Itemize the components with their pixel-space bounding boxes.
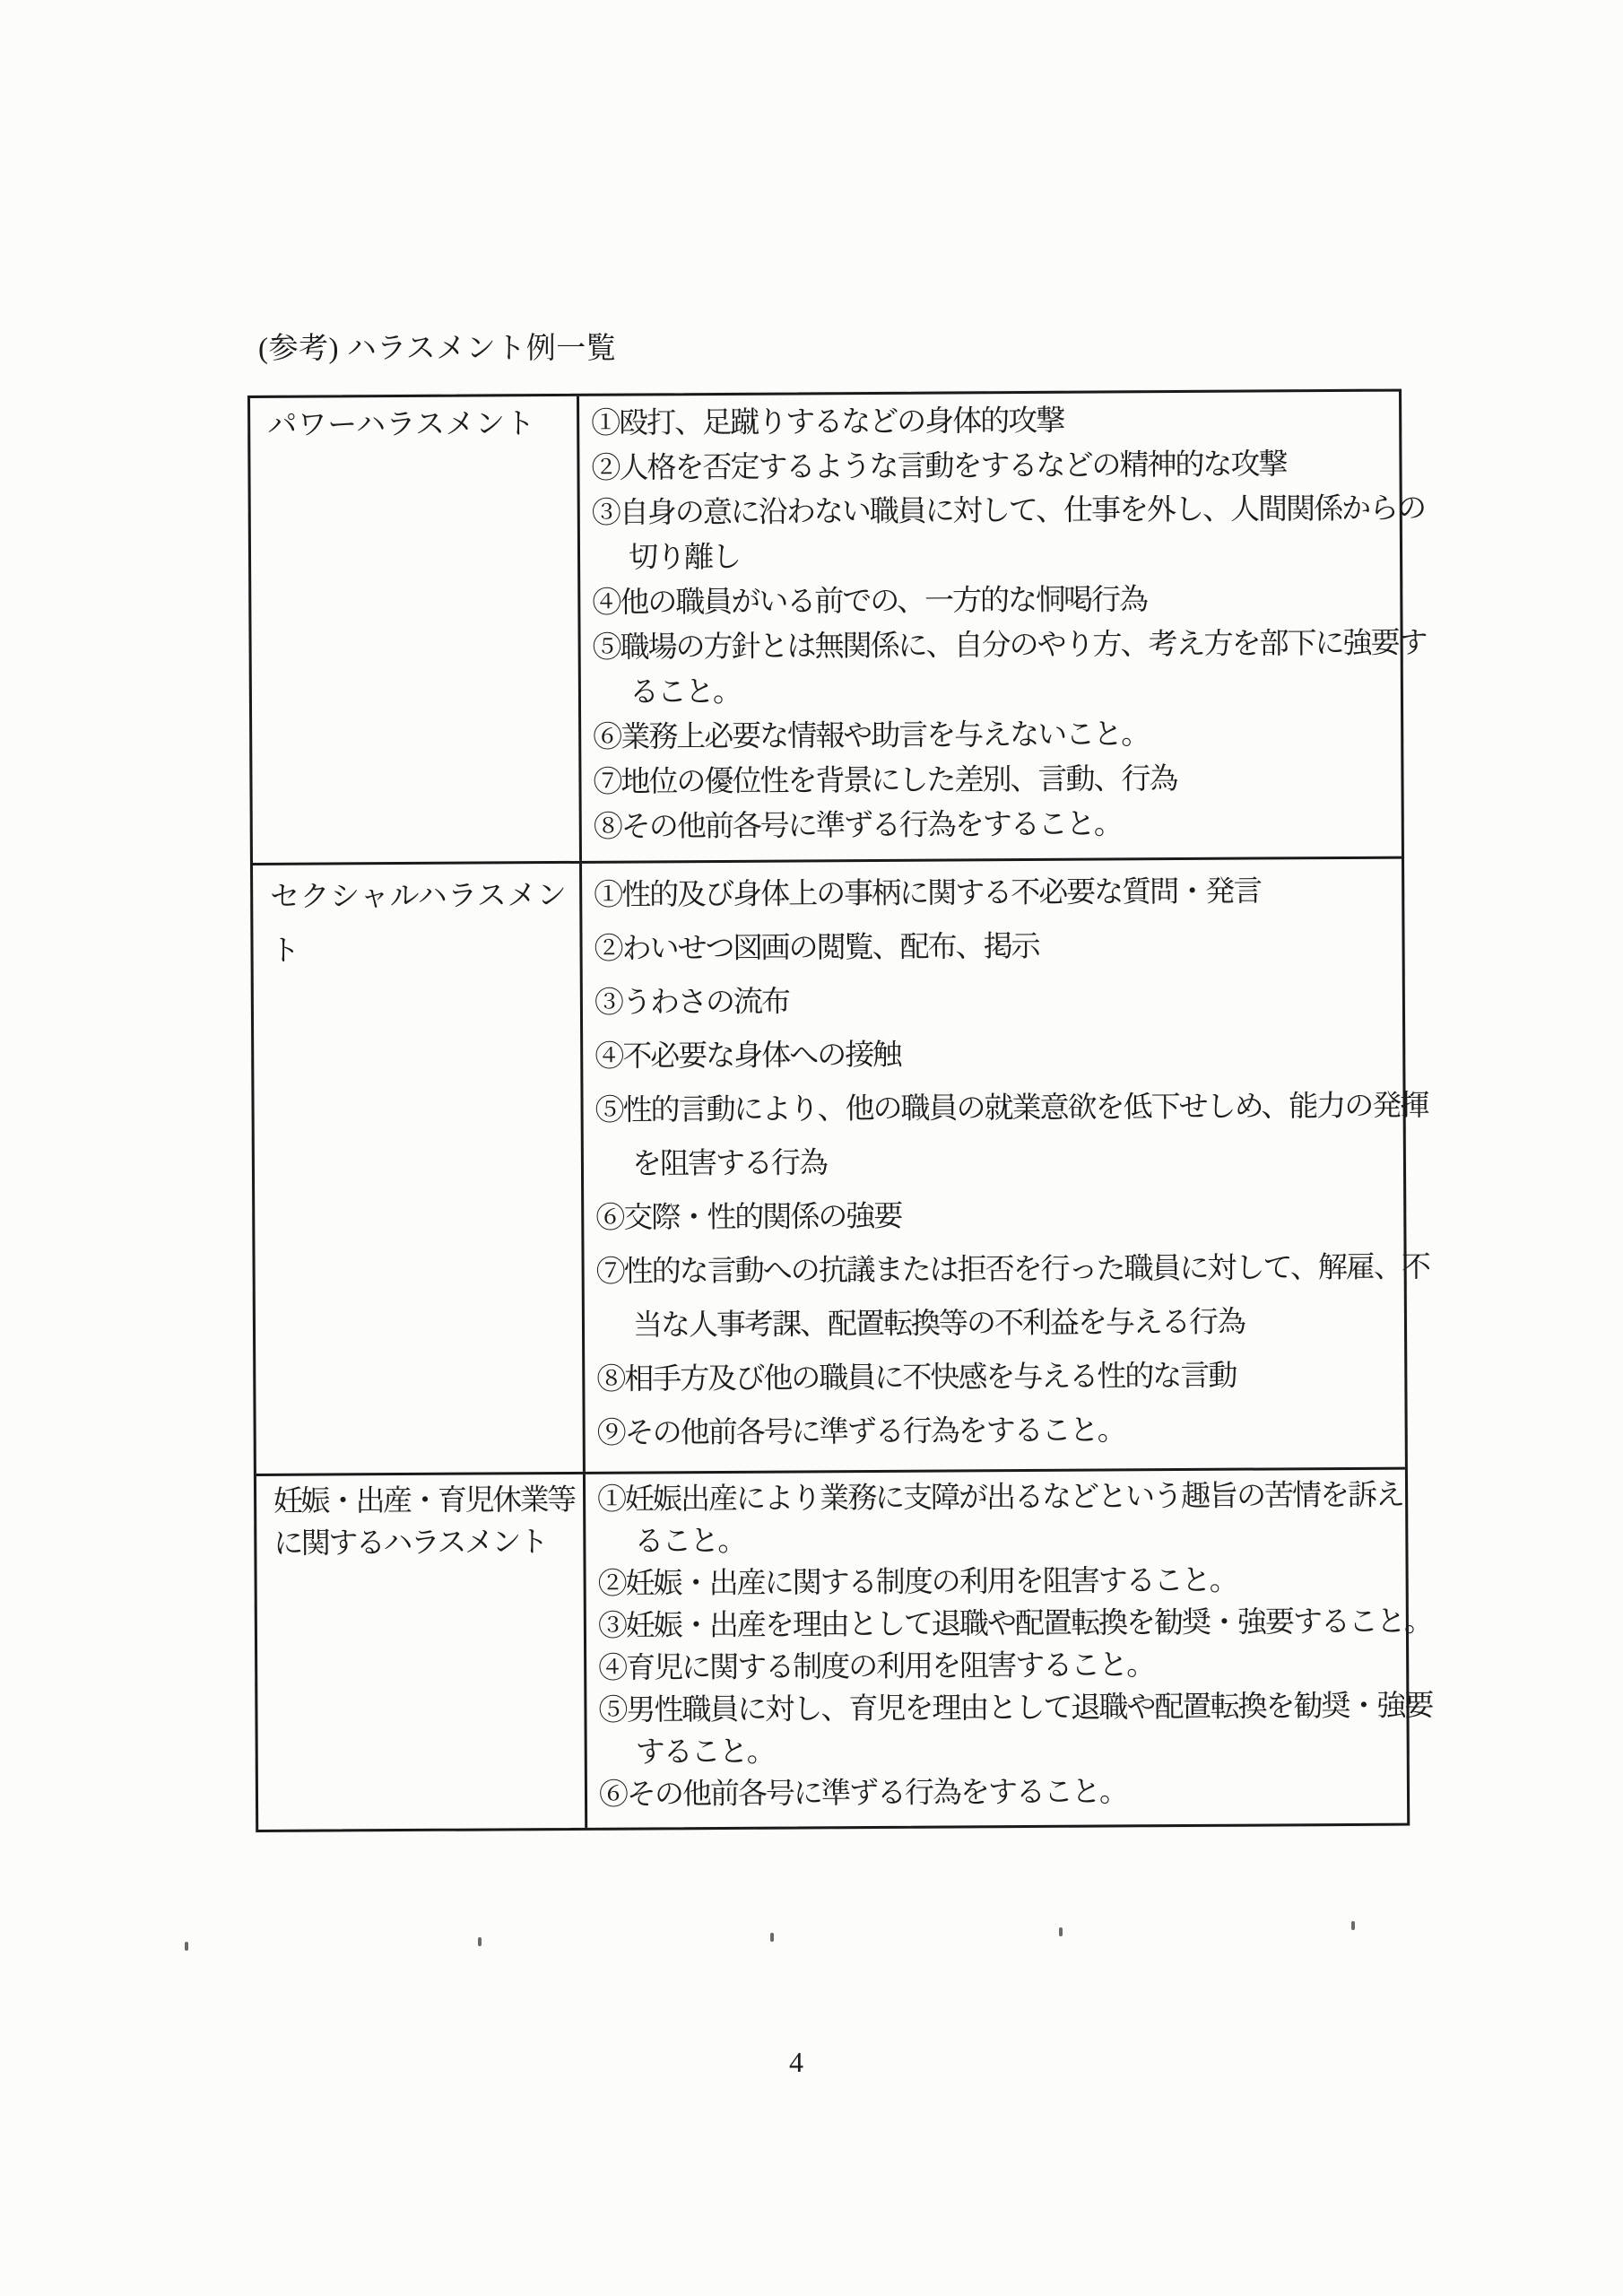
- category-cell: セクシャルハラスメント: [253, 864, 586, 1474]
- category-cell: 妊娠・出産・育児休業等に関するハラスメント: [256, 1474, 587, 1830]
- text-line: ④他の職員がいる前での、一方的な恫喝行為: [592, 576, 1426, 625]
- text-line: セクシャルハラスメン: [270, 869, 570, 925]
- scan-speck: [770, 1933, 774, 1942]
- examples-cell: ①性的及び身体上の事柄に関する不必要な質問・発言②わいせつ図画の閲覧、配布、掲示…: [582, 858, 1434, 1471]
- text-line: ⑦性的な言動への抗議または拒否を行った職員に対して、解雇、不: [595, 1240, 1429, 1299]
- item-continuation-line: すること。: [599, 1727, 1433, 1774]
- text-line: ⑤男性職員に対し、育児を理由として退職や配置転換を勧奨・強要: [598, 1685, 1432, 1732]
- examples-cell: ①殴打、足蹴りするなどの身体的攻撃②人格を否定するような言動をするなどの精神的な…: [579, 391, 1431, 860]
- scanned-document-page: (参考) ハラスメント例一覧 パワーハラスメント①殴打、足蹴りするなどの身体的攻…: [0, 0, 1623, 2296]
- table-row: 妊娠・出産・育児休業等に関するハラスメント①妊娠出産により業務に支障が出るなどと…: [256, 1467, 1407, 1830]
- table-row: セクシャルハラスメント①性的及び身体上の事柄に関する不必要な質問・発言②わいせつ…: [253, 857, 1405, 1474]
- text-line: ⑤性的言動により、他の職員の就業意欲を低下せしめ、能力の発揮: [595, 1079, 1428, 1137]
- examples-cell: ①妊娠出産により業務に支障が出るなどという趣旨の苦情を訴えること。②妊娠・出産に…: [586, 1469, 1436, 1827]
- category-cell: パワーハラスメント: [250, 396, 582, 863]
- text-line: ①妊娠出産により業務に支障が出るなどという趣旨の苦情を訴え: [597, 1474, 1431, 1521]
- scan-speck: [478, 1937, 482, 1946]
- text-line: に関するハラスメント: [273, 1522, 574, 1566]
- text-line: ②わいせつ図画の閲覧、配布、掲示: [594, 918, 1428, 976]
- harassment-table: パワーハラスメント①殴打、足蹴りするなどの身体的攻撃②人格を否定するような言動を…: [247, 389, 1410, 1832]
- text-line: ⑧相手方及び他の職員に不快感を与える性的な言動: [596, 1348, 1430, 1406]
- text-line: ⑧その他前各号に準ずる行為をすること。: [594, 800, 1428, 849]
- item-continuation-line: 切り離し: [592, 531, 1426, 580]
- text-line: ②人格を否定するような言動をするなどの精神的な攻撃: [591, 441, 1425, 491]
- text-line: ④育児に関する制度の利用を阻害すること。: [598, 1643, 1432, 1690]
- scan-speck: [1351, 1921, 1355, 1930]
- item-continuation-line: 当な人事考課、配置転換等の不利益を与える行為: [596, 1294, 1430, 1352]
- text-line: ④不必要な身体への接触: [595, 1025, 1428, 1083]
- text-line: ⑥その他前各号に準ずる行為をすること。: [599, 1770, 1433, 1816]
- text-line: ⑨その他前各号に準ずる行為をすること。: [597, 1402, 1431, 1460]
- scan-speck: [185, 1942, 188, 1951]
- page-number: 4: [769, 2046, 823, 2079]
- text-line: 妊娠・出産・育児休業等: [273, 1480, 574, 1524]
- text-line: ①性的及び身体上の事柄に関する不必要な質問・発言: [594, 864, 1428, 922]
- scan-speck: [1059, 1927, 1063, 1936]
- item-continuation-line: を阻害する行為: [595, 1133, 1429, 1191]
- text-line: ⑥交際・性的関係の強要: [595, 1187, 1429, 1245]
- text-line: ⑤職場の方針とは無関係に、自分のやり方、考え方を部下に強要す: [592, 621, 1426, 670]
- text-line: パワーハラスメント: [267, 402, 568, 448]
- text-line: ⑥業務上必要な情報や助言を与えないこと。: [593, 710, 1427, 760]
- text-line: ③うわさの流布: [595, 971, 1428, 1030]
- item-continuation-line: ること。: [597, 1517, 1431, 1563]
- text-line: ②妊娠・出産に関する制度の利用を阻害すること。: [598, 1559, 1432, 1605]
- table-row: パワーハラスメント①殴打、足蹴りするなどの身体的攻撃②人格を否定するような言動を…: [250, 392, 1402, 863]
- item-continuation-line: ること。: [593, 665, 1427, 715]
- page-title: (参考) ハラスメント例一覧: [258, 332, 616, 366]
- text-line: ⑦地位の優位性を背景にした差別、言動、行為: [593, 755, 1427, 804]
- text-line: ト: [270, 923, 570, 978]
- text-line: ①殴打、足蹴りするなどの身体的攻撃: [591, 396, 1425, 446]
- text-line: ③自身の意に沿わない職員に対して、仕事を外し、人間関係からの: [592, 486, 1426, 535]
- text-line: ③妊娠・出産を理由として退職や配置転換を勧奨・強要すること。: [598, 1601, 1432, 1648]
